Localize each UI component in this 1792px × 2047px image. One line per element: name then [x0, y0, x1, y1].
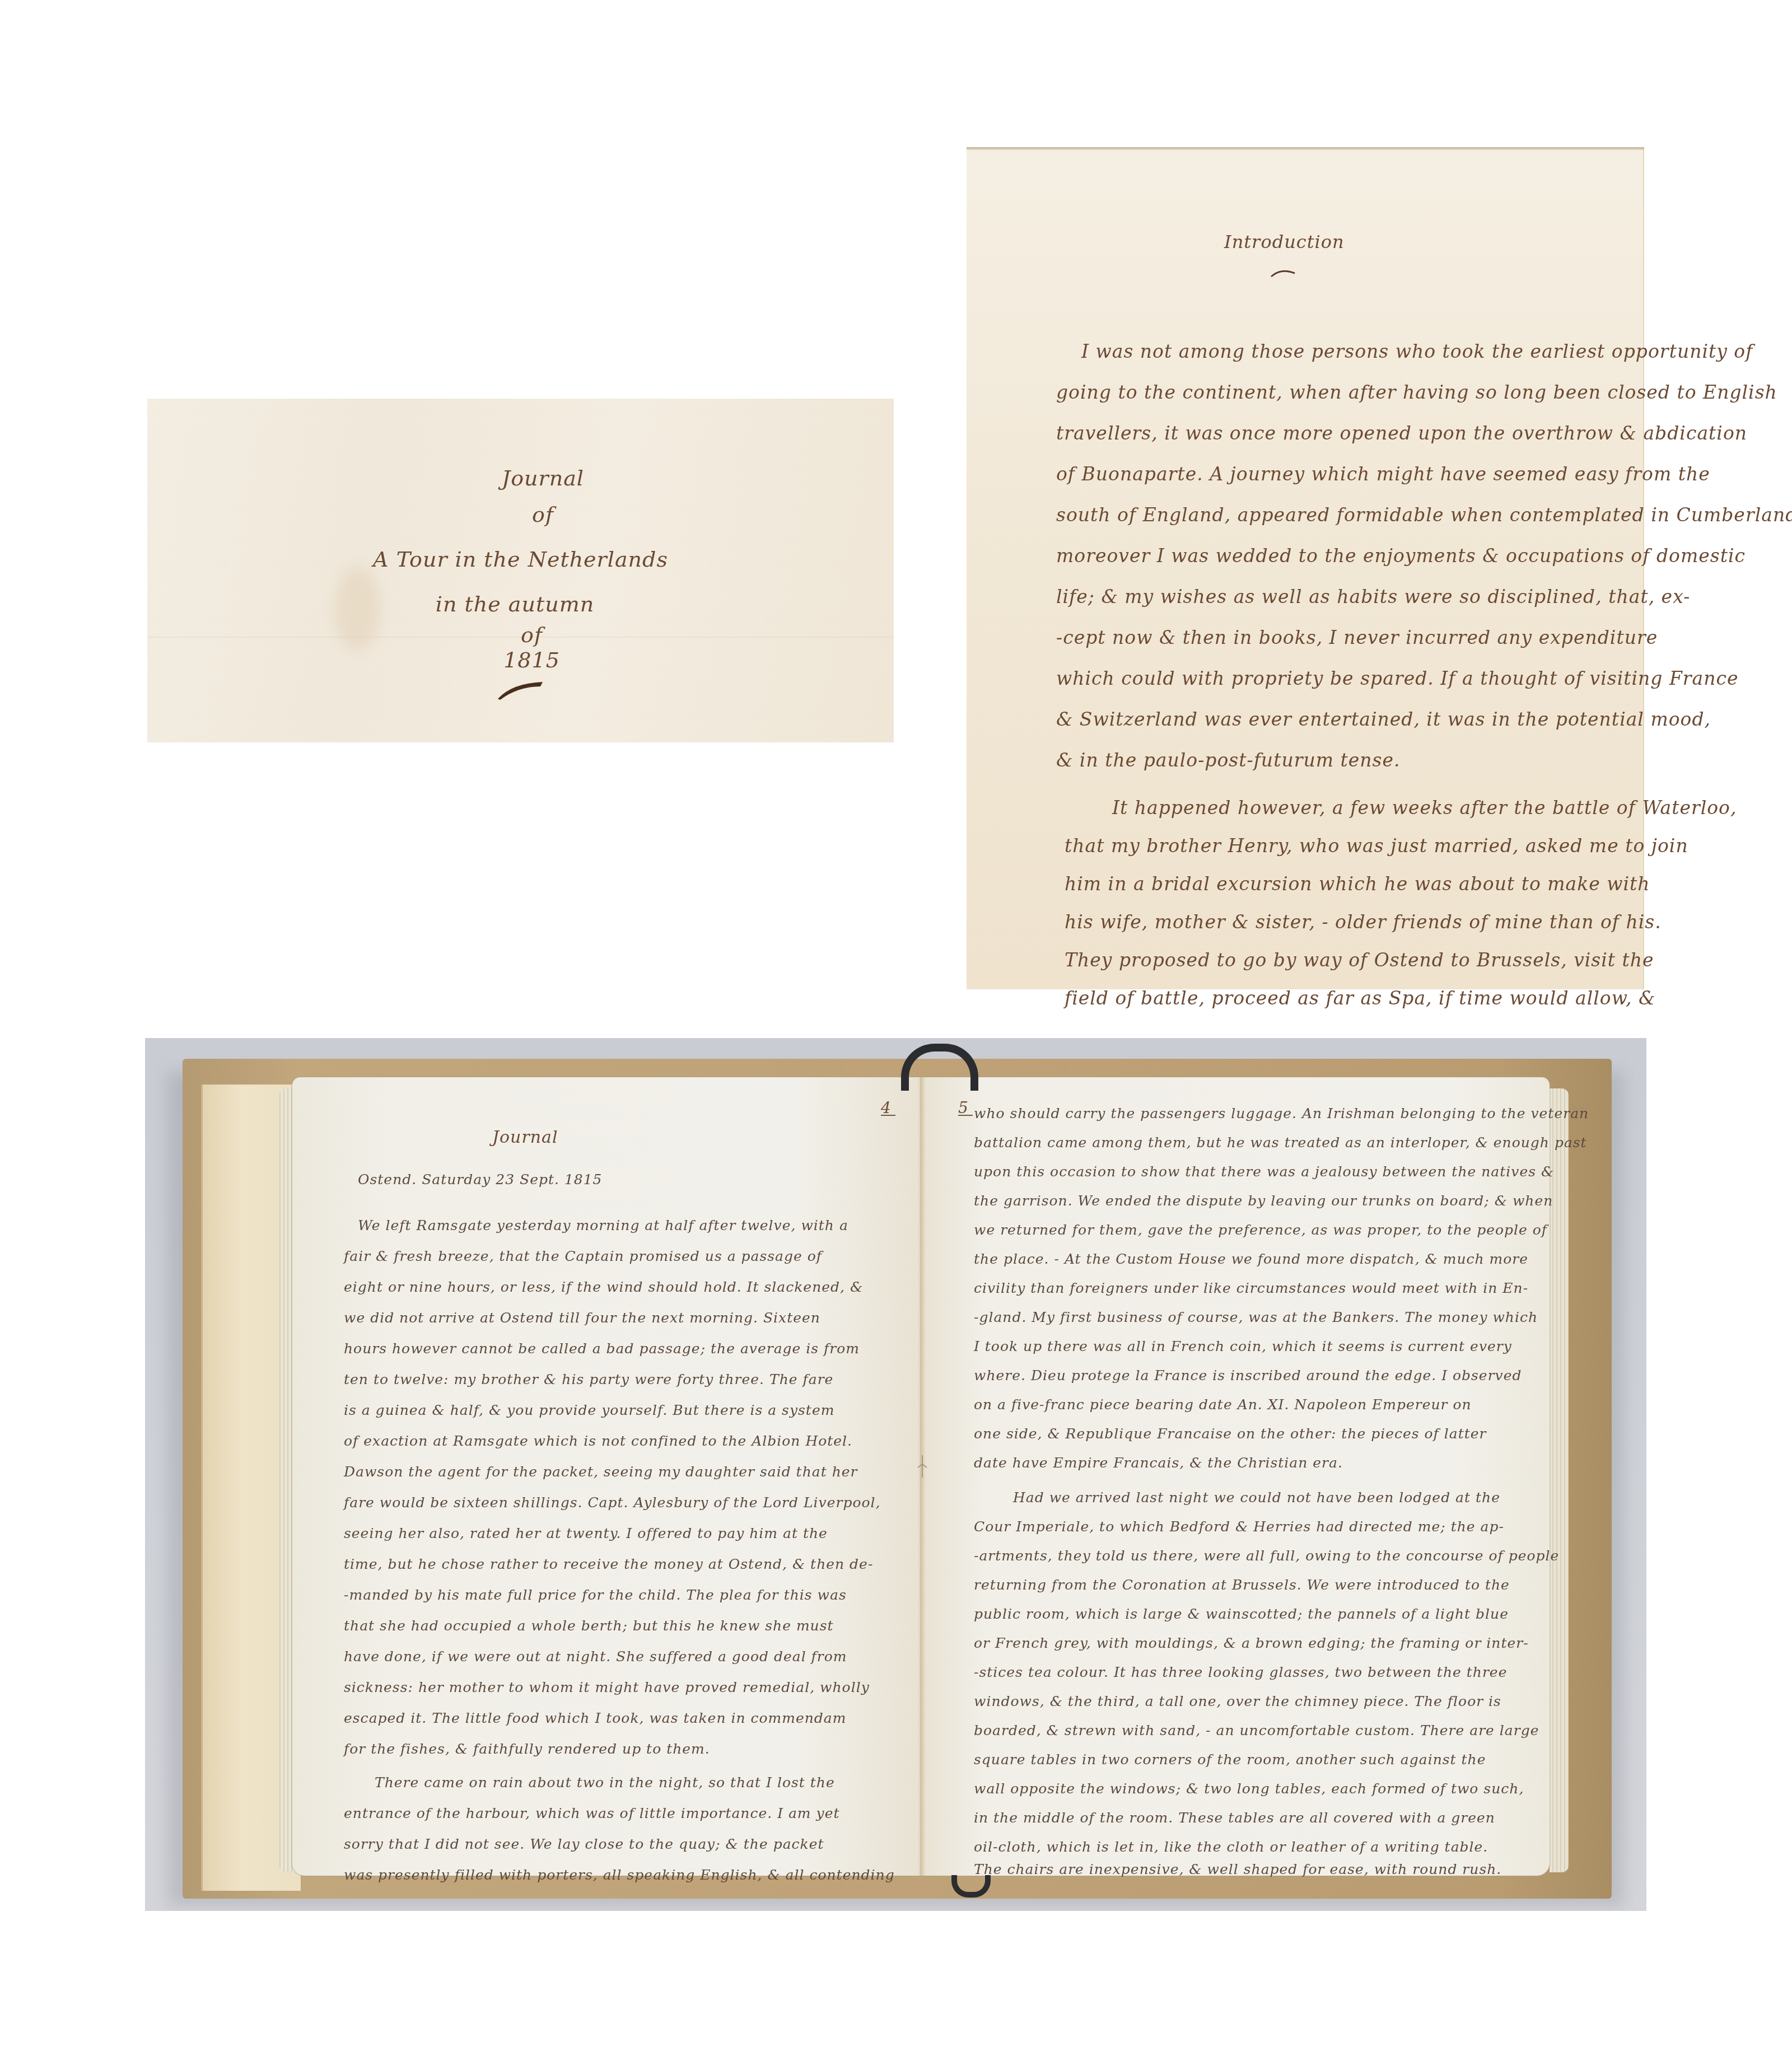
left-page-line: for the fishes, & faithfully rendered up…: [344, 1741, 710, 1757]
intro-line: moreover I was wedded to the enjoyments …: [1056, 545, 1746, 567]
intro-line: south of England, appeared formidable wh…: [1056, 504, 1792, 526]
page-number-right: 5: [958, 1099, 973, 1116]
right-page-line: the garrison. We ended the dispute by le…: [974, 1193, 1553, 1209]
right-page-line: where. Dieu protege la France is inscrib…: [974, 1367, 1522, 1384]
intro-line: & in the paulo-post-futurum tense.: [1056, 749, 1400, 771]
title-line-journal: Journal: [170, 466, 916, 490]
left-page-line: we did not arrive at Ostend till four th…: [344, 1310, 820, 1326]
intro-line: going to the continent, when after havin…: [1056, 381, 1777, 403]
right-page-line: -stices tea colour. It has three looking…: [974, 1664, 1507, 1680]
right-page-line: I took up there was all in French coin, …: [974, 1338, 1512, 1354]
right-page-line: date have Empire Francais, & the Christi…: [974, 1455, 1343, 1471]
title-line-tour: A Tour in the Netherlands: [147, 547, 894, 572]
left-page-line: Dawson the agent for the packet, seeing …: [344, 1464, 858, 1480]
right-page-line: or French grey, with mouldings, & a brow…: [974, 1635, 1529, 1651]
stitch-icon: [917, 1455, 928, 1478]
open-journal-photo: 4 5 Journal Ostend. Saturday 23 Sept. 18…: [145, 1038, 1646, 1911]
page-number-right-text: 5: [958, 1099, 969, 1117]
introduction-page-image: Introduction I was not among those perso…: [967, 147, 1644, 989]
intro-line: his wife, mother & sister, - older frien…: [1065, 911, 1662, 933]
left-page-line: sorry that I did not see. We lay close t…: [344, 1836, 824, 1852]
intro-line: that my brother Henry, who was just marr…: [1065, 835, 1688, 857]
intro-line: field of battle, proceed as far as Spa, …: [1065, 987, 1655, 1009]
left-page-line: fair & fresh breeze, that the Captain pr…: [344, 1248, 822, 1264]
left-page-line: entrance of the harbour, which was of li…: [344, 1805, 839, 1821]
left-page-line: eight or nine hours, or less, if the win…: [344, 1279, 863, 1295]
right-page-line: returning from the Coronation at Brussel…: [974, 1577, 1510, 1593]
right-page-line: who should carry the passengers luggage.…: [974, 1105, 1589, 1121]
left-page-line: There came on rain about two in the nigh…: [375, 1774, 835, 1791]
left-page-line: time, but he chose rather to receive the…: [344, 1556, 873, 1572]
right-page-line: one side, & Republique Francaise on the …: [974, 1426, 1487, 1442]
right-page-line: the place. - At the Custom House we foun…: [974, 1251, 1528, 1267]
left-page-line: sickness: her mother to whom it might ha…: [344, 1679, 870, 1695]
right-page-line: Cour Imperiale, to which Bedford & Herri…: [974, 1518, 1504, 1535]
right-page-line: wall opposite the windows; & two long ta…: [974, 1780, 1524, 1797]
intro-line: It happened however, a few weeks after t…: [1112, 797, 1737, 819]
right-page-line: civility than foreigners under like circ…: [974, 1280, 1528, 1296]
left-page-line: We left Ramsgate yesterday morning at ha…: [358, 1217, 848, 1233]
journal-heading: Journal: [492, 1128, 558, 1147]
left-page-line: hours however cannot be called a bad pas…: [344, 1340, 860, 1357]
right-page-line: public room, which is large & wainscotte…: [974, 1606, 1509, 1622]
intro-line: I was not among those persons who took t…: [1081, 340, 1753, 362]
right-page-line: on a five-franc piece bearing date An. X…: [974, 1396, 1472, 1413]
left-page-line: of exaction at Ramsgate which is not con…: [344, 1433, 852, 1449]
left-page-line: is a guinea & half, & you provide yourse…: [344, 1402, 834, 1418]
intro-line: & Switzerland was ever entertained, it w…: [1056, 708, 1711, 730]
page-number-left: 4: [881, 1099, 895, 1116]
title-line-year: 1815: [158, 648, 905, 672]
right-page-line: windows, & the third, a tall one, over t…: [974, 1693, 1501, 1709]
heading-flourish-icon: [1269, 268, 1297, 279]
left-page-line: escaped it. The little food which I took…: [344, 1710, 846, 1726]
left-page-line: was presently filled with porters, all s…: [344, 1867, 895, 1883]
right-page-line: battalion came among them, but he was tr…: [974, 1134, 1587, 1151]
intro-line: life; & my wishes as well as habits were…: [1056, 586, 1690, 607]
right-page-line: boarded, & strewn with sand, - an uncomf…: [974, 1722, 1539, 1738]
right-page-line: we returned for them, gave the preferenc…: [974, 1222, 1547, 1238]
intro-line: travellers, it was once more opened upon…: [1056, 422, 1747, 444]
title-line-autumn: in the autumn: [142, 592, 888, 616]
title-line-of: of: [170, 502, 916, 527]
left-page-line: seeing her also, rated her at twenty. I …: [344, 1525, 828, 1541]
right-page-line: -gland. My first business of course, was…: [974, 1309, 1538, 1325]
intro-line: him in a bridal excursion which he was a…: [1065, 873, 1650, 895]
left-page-line: fare would be sixteen shillings. Capt. A…: [344, 1494, 881, 1511]
left-page-line: -manded by his mate full price for the c…: [344, 1587, 847, 1603]
flourish-icon: [496, 679, 546, 701]
right-page-line: Had we arrived last night we could not h…: [1013, 1489, 1500, 1506]
page-number-left-text: 4: [881, 1099, 892, 1117]
intro-line: -cept now & then in books, I never incur…: [1056, 627, 1658, 648]
intro-line: of Buonaparte. A journey which might hav…: [1056, 463, 1710, 485]
journal-dateline: Ostend. Saturday 23 Sept. 1815: [358, 1171, 603, 1188]
intro-line: which could with propriety be spared. If…: [1056, 667, 1739, 689]
right-page-line: -artments, they told us there, were all …: [974, 1548, 1559, 1564]
left-page-line: ten to twelve: my brother & his party we…: [344, 1371, 833, 1387]
left-page-line: have done, if we were out at night. She …: [344, 1648, 847, 1665]
right-page-line: oil-cloth, which is let in, like the clo…: [974, 1839, 1488, 1855]
right-page-line: The chairs are inexpensive, & well shape…: [974, 1861, 1501, 1877]
ribbon-top-icon: [901, 1044, 978, 1091]
right-page-line: square tables in two corners of the room…: [974, 1751, 1486, 1768]
title-page-image: Journal of A Tour in the Netherlands in …: [147, 399, 894, 742]
title-line-of-2: of: [158, 623, 905, 647]
introduction-heading: Introduction: [1224, 231, 1345, 253]
intro-line: They proposed to go by way of Ostend to …: [1065, 949, 1654, 971]
right-page-line: upon this occasion to show that there wa…: [974, 1163, 1554, 1180]
left-page-line: that she had occupied a whole berth; but…: [344, 1618, 834, 1634]
right-page-line: in the middle of the room. These tables …: [974, 1810, 1495, 1826]
